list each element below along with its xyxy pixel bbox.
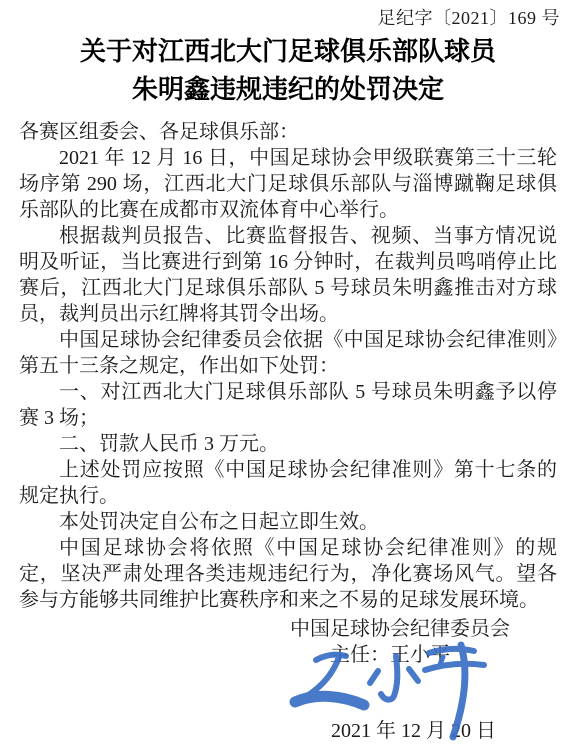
paragraph-execution: 上述处罚应按照《中国足球协会纪律准则》第十七条的规定执行。 xyxy=(19,457,557,509)
paragraph-penalty-1: 一、对江西北大门足球俱乐部队 5 号球员朱明鑫予以停赛 3 场； xyxy=(19,379,557,431)
signature-date: 2021 年 12 月 20 日 xyxy=(0,718,576,744)
document-body: 各赛区组委会、各足球俱乐部： 2021 年 12 月 16 日，中国足球协会甲级… xyxy=(0,119,576,613)
signature-org: 中国足球协会纪律委员会 xyxy=(0,616,576,642)
paragraph-penalty-2: 二、罚款人民币 3 万元。 xyxy=(19,431,557,457)
paragraph-effective: 本处罚决定自公布之日起立即生效。 xyxy=(19,509,557,535)
paragraph-incident: 根据裁判员报告、比赛监督报告、视频、当事方情况说明及听证，当比赛进行到第 16 … xyxy=(19,223,557,327)
title-line-2: 朱明鑫违规违纪的处罚决定 xyxy=(132,75,444,104)
salutation: 各赛区组委会、各足球俱乐部： xyxy=(19,119,557,145)
paragraph-ruling-basis: 中国足球协会纪律委员会依据《中国足球协会纪律准则》第五十三条之规定，作出如下处罚… xyxy=(19,327,557,379)
document-page: 足纪字〔2021〕169 号 关于对江西北大门足球俱乐部队球员 朱明鑫违规违纪的… xyxy=(0,0,576,751)
signature-signer-line: 主任：王小平 xyxy=(0,642,576,668)
paragraph-match-info: 2021 年 12 月 16 日，中国足球协会甲级联赛第三十三轮场序第 290 … xyxy=(19,145,557,223)
title-line-1: 关于对江西北大门足球俱乐部队球员 xyxy=(80,37,496,66)
paragraph-closing: 中国足球协会将依照《中国足球协会纪律准则》的规定，坚决严肃处理各类违规违纪行为，… xyxy=(19,535,557,613)
doc-number: 足纪字〔2021〕169 号 xyxy=(0,0,576,29)
document-title: 关于对江西北大门足球俱乐部队球员 朱明鑫违规违纪的处罚决定 xyxy=(36,33,540,109)
